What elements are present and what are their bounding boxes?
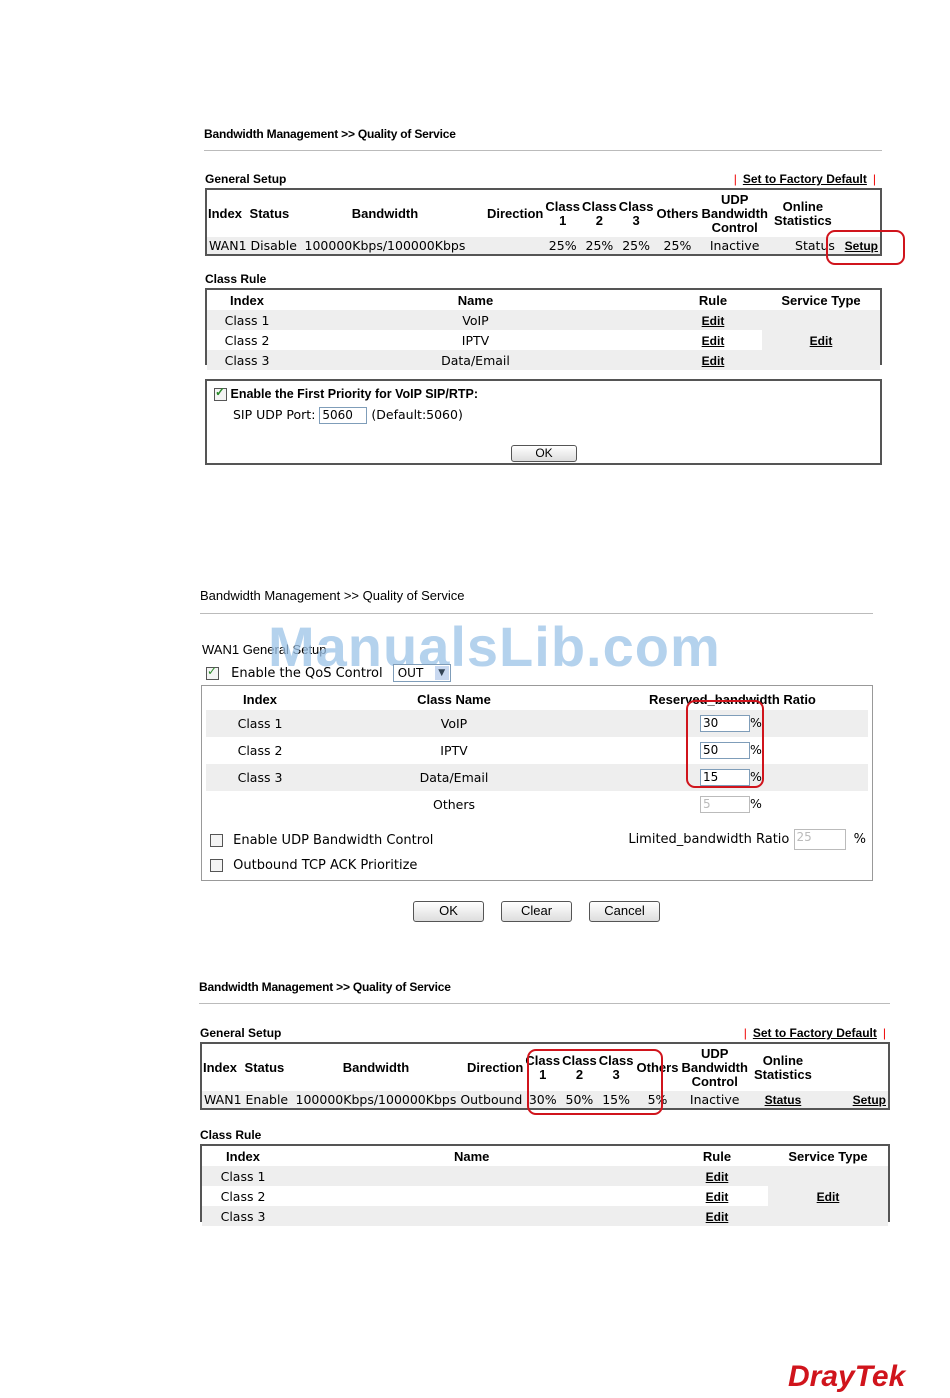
table-row: Class 1 VoIP Edit Edit	[207, 310, 880, 330]
rule-edit-link[interactable]: Edit	[702, 334, 725, 348]
voip-priority-label: Enable the First Priority for VoIP SIP/R…	[230, 387, 478, 401]
general-setup-table: Index Status Bandwidth Direction Class 1…	[205, 188, 882, 256]
direction-select[interactable]: OUT▼	[393, 664, 451, 682]
general-setup-title: General Setup	[200, 1026, 281, 1040]
percent-sign: %	[854, 832, 866, 847]
cell-class2: 25%	[581, 237, 618, 254]
ok-button[interactable]: OK	[413, 901, 484, 922]
col-class2: Class 2	[581, 191, 618, 237]
col-direction: Direction	[458, 1045, 524, 1091]
rule-edit-link[interactable]: Edit	[702, 354, 725, 368]
enable-qos-checkbox[interactable]	[206, 667, 219, 680]
col-udp: UDP Bandwidth Control	[680, 1045, 748, 1091]
sip-port-label: SIP UDP Port:	[233, 407, 315, 422]
col-udp: UDP Bandwidth Control	[700, 191, 768, 237]
clear-button[interactable]: Clear	[501, 901, 572, 922]
cancel-button[interactable]: Cancel	[589, 901, 660, 922]
chevron-down-icon: ▼	[435, 666, 449, 680]
breadcrumb: Bandwidth Management >> Quality of Servi…	[204, 127, 456, 141]
percent-sign: %	[750, 796, 762, 811]
cell-index: Class 3	[202, 1206, 284, 1226]
table-row: Class 3 Data/Email 15%	[206, 764, 868, 791]
cell-bandwidth: 100000Kbps/100000Kbps	[294, 1091, 459, 1108]
cell-status: Disable	[249, 237, 303, 254]
cell-class3: 25%	[618, 237, 655, 254]
cell-others: 25%	[654, 237, 700, 254]
voip-priority-box: Enable the First Priority for VoIP SIP/R…	[205, 379, 882, 465]
cell-direction	[467, 237, 544, 254]
class-rule-title: Class Rule	[200, 1128, 261, 1142]
cell-index: Class 3	[207, 350, 287, 370]
col-name: Name	[287, 290, 664, 310]
set-factory-default-link[interactable]: Set to Factory Default	[743, 172, 867, 186]
class-rule-title: Class Rule	[205, 272, 266, 286]
rule-edit-link[interactable]: Edit	[702, 314, 725, 328]
tcp-ack-checkbox[interactable]	[210, 859, 223, 872]
cell-bandwidth: 100000Kbps/100000Kbps	[303, 237, 468, 254]
highlight-class-ratios	[527, 1049, 663, 1115]
status-link[interactable]: Status	[765, 1093, 802, 1107]
service-type-edit-link[interactable]: Edit	[810, 334, 833, 348]
cell-index: Class 3	[206, 764, 314, 791]
cell-udp: Inactive	[680, 1091, 748, 1108]
col-service-type: Service Type	[762, 290, 880, 310]
factory-default-bar: |Set to Factory Default|	[738, 1026, 892, 1040]
col-index: Index	[207, 290, 287, 310]
class-rule-table: Index Name Rule Service Type Class 1 Edi…	[200, 1144, 890, 1222]
voip-priority-checkbox[interactable]	[214, 388, 227, 401]
cell-index: Class 1	[206, 710, 314, 737]
sip-port-default: (Default:5060)	[371, 407, 462, 422]
limited-ratio-input[interactable]: 25	[794, 829, 846, 850]
rule-edit-link[interactable]: Edit	[706, 1210, 729, 1224]
col-name: Name	[284, 1146, 666, 1166]
table-row: WAN1 Disable 100000Kbps/100000Kbps 25% 2…	[207, 237, 880, 254]
udp-bandwidth-label: Enable UDP Bandwidth Control	[233, 833, 433, 848]
col-direction: Direction	[467, 191, 544, 237]
col-others: Others	[654, 191, 700, 237]
limited-ratio-label: Limited_bandwidth Ratio	[628, 832, 789, 847]
rule-edit-link[interactable]: Edit	[706, 1170, 729, 1184]
col-online: Online Statistics	[769, 191, 837, 237]
cell-class-name: Data/Email	[314, 764, 594, 791]
col-class1: Class 1	[544, 191, 581, 237]
reserved-bandwidth-table: Index Class Name Reserved_bandwidth Rati…	[201, 685, 873, 881]
tcp-ack-label: Outbound TCP ACK Prioritize	[233, 858, 417, 873]
cell-name: Data/Email	[287, 350, 664, 370]
cell-name: VoIP	[287, 310, 664, 330]
rule-edit-link[interactable]: Edit	[706, 1190, 729, 1204]
cell-class-name: Others	[314, 791, 594, 818]
breadcrumb: Bandwidth Management >> Quality of Servi…	[200, 588, 464, 603]
col-online: Online Statistics	[749, 1045, 817, 1091]
col-class-name: Class Name	[314, 688, 594, 710]
col-rule: Rule	[664, 290, 762, 310]
setup-link[interactable]: Setup	[853, 1093, 886, 1107]
cell-index	[206, 791, 314, 818]
table-row: Class 1 Edit Edit	[202, 1166, 888, 1186]
table-row: Others 5%	[206, 791, 868, 818]
col-class3: Class 3	[618, 191, 655, 237]
col-index: Index	[206, 688, 314, 710]
cell-index: Class 1	[207, 310, 287, 330]
breadcrumb: Bandwidth Management >> Quality of Servi…	[199, 980, 451, 994]
col-index: Index	[202, 1146, 284, 1166]
col-status: Status	[249, 191, 303, 237]
cell-class-name: VoIP	[314, 710, 594, 737]
cell-index: WAN1	[202, 1091, 244, 1108]
cell-class1: 25%	[544, 237, 581, 254]
draytek-logo: DrayTek	[788, 1360, 905, 1394]
factory-default-bar: |Set to Factory Default|	[728, 172, 882, 186]
table-row: Class 1 VoIP 30%	[206, 710, 868, 737]
sip-port-input[interactable]: 5060	[319, 407, 367, 424]
cell-name	[284, 1166, 666, 1186]
ok-button[interactable]: OK	[511, 445, 577, 462]
col-status: Status	[244, 1045, 294, 1091]
general-setup-title: General Setup	[205, 172, 286, 186]
cell-name: IPTV	[287, 330, 664, 350]
cell-index: Class 2	[202, 1186, 284, 1206]
others-ratio-input: 5	[700, 796, 750, 813]
service-type-edit-link[interactable]: Edit	[817, 1190, 840, 1204]
cell-index: Class 2	[207, 330, 287, 350]
cell-name	[284, 1186, 666, 1206]
cell-index: Class 2	[206, 737, 314, 764]
divider	[204, 150, 882, 151]
enable-qos-label: Enable the QoS Control	[231, 666, 382, 681]
col-bandwidth: Bandwidth	[303, 191, 468, 237]
divider	[199, 1003, 890, 1004]
cell-udp: Inactive	[700, 237, 768, 254]
cell-status: Enable	[244, 1091, 294, 1108]
col-index: Index	[202, 1045, 244, 1091]
cell-index: Class 1	[202, 1166, 284, 1186]
cell-class-name: IPTV	[314, 737, 594, 764]
udp-bandwidth-checkbox[interactable]	[210, 834, 223, 847]
highlight-ratio-inputs	[686, 700, 764, 788]
cell-index: WAN1	[207, 237, 249, 254]
cell-name	[284, 1206, 666, 1226]
col-bandwidth: Bandwidth	[294, 1045, 459, 1091]
col-index: Index	[207, 191, 249, 237]
table-row: Class 2 IPTV 50%	[206, 737, 868, 764]
highlight-setup	[826, 230, 905, 265]
cell-direction: Outbound	[458, 1091, 524, 1108]
col-service-type: Service Type	[768, 1146, 888, 1166]
class-rule-table: Index Name Rule Service Type Class 1 VoI…	[205, 288, 882, 365]
set-factory-default-link[interactable]: Set to Factory Default	[753, 1026, 877, 1040]
col-rule: Rule	[666, 1146, 768, 1166]
